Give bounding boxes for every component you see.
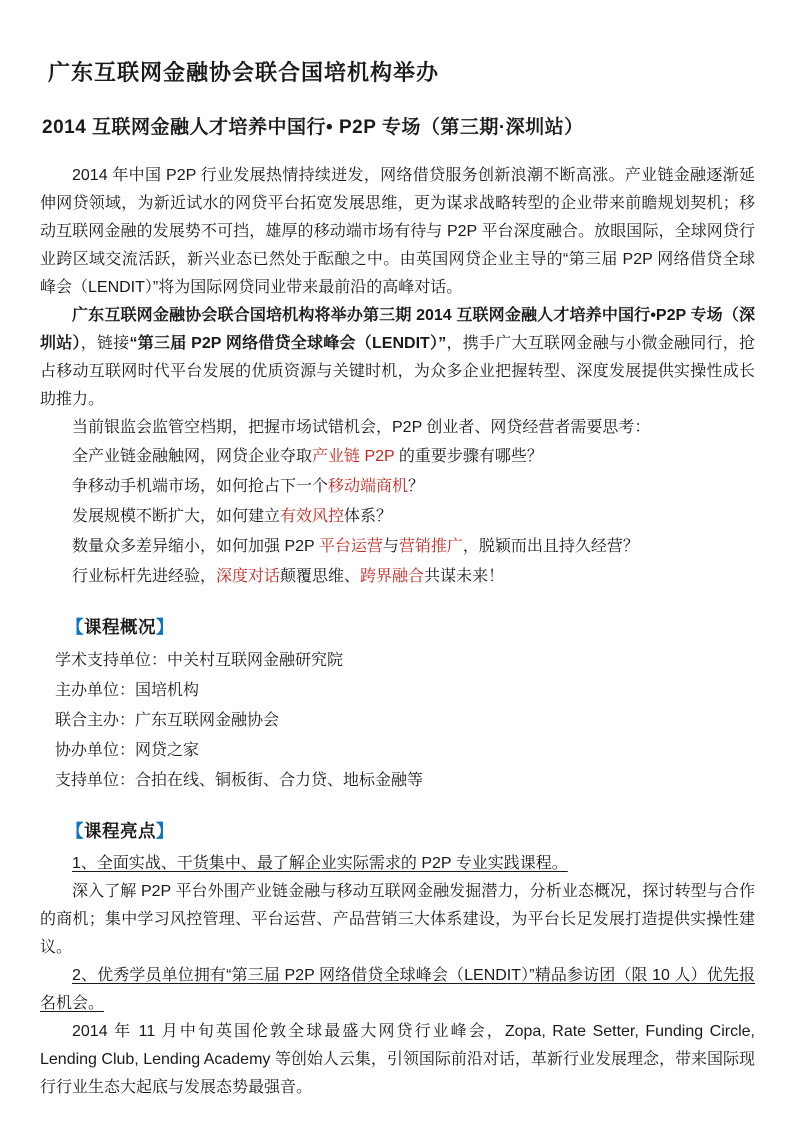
text-run-red: 平台运营 xyxy=(319,538,383,555)
text-run: 共谋未来！ xyxy=(424,568,504,585)
highlight-paragraph: 深入了解 P2P 平台外围产业链金融与移动互联网金融发掘潜力，分析业态概况，探讨… xyxy=(40,878,755,962)
text-run: ，链接 xyxy=(81,335,130,352)
text-run: 2014 年 11 月中旬英国伦敦全球最盛大网贷行业峰会，Zopa, Rate … xyxy=(40,1023,755,1096)
text-run-red: 移动端商机 xyxy=(328,478,408,495)
text-run: 深入了解 P2P 平台外围产业链金融与移动互联网金融发掘潜力，分析业态概况，探讨… xyxy=(40,883,755,956)
text-run: 的重要步骤有哪些？ xyxy=(394,448,542,465)
doc-title: 广东互联网金融协会联合国培机构举办 xyxy=(48,58,755,88)
left-bracket: 【 xyxy=(66,821,84,841)
intro-section: 2014 年中国 P2P 行业发展热情持续迸发，网络借贷服务创新浪潮不断高涨。产… xyxy=(40,162,755,442)
text-run: ？ xyxy=(408,478,424,495)
overview-item: 支持单位：合拍在线、铜板街、合力贷、地标金融等 xyxy=(55,766,755,796)
text-run: 2、优秀学员单位拥有“第三届 P2P 网络借贷全球峰会（LENDIT）”精品参访… xyxy=(40,967,755,1012)
text-run: 体系？ xyxy=(344,508,392,525)
text-run: ，脱颖而出且持久经营？ xyxy=(463,538,639,555)
question-item: 全产业链金融触网，网贷企业夺取产业链 P2P 的重要步骤有哪些？ xyxy=(40,442,755,472)
course-overview-list: 学术支持单位：中关村互联网金融研究院主办单位：国培机构联合主办：广东互联网金融协… xyxy=(40,646,755,796)
intro-paragraph: 当前银监会监管空档期，把握市场试错机会，P2P 创业者、网贷经营者需要思考： xyxy=(40,414,755,442)
overview-item: 学术支持单位：中关村互联网金融研究院 xyxy=(55,646,755,676)
right-bracket: 】 xyxy=(156,617,174,637)
question-item: 发展规模不断扩大，如何建立有效风控体系？ xyxy=(40,502,755,532)
section-heading-course-overview: 【课程概况】 xyxy=(66,614,755,640)
section-label-course-overview: 课程概况 xyxy=(84,617,156,637)
text-run: 数量众多差异缩小，如何加强 P2P xyxy=(72,538,319,555)
text-run-red: 深度对话 xyxy=(216,568,280,585)
question-item: 数量众多差异缩小，如何加强 P2P 平台运营与营销推广，脱颖而出且持久经营？ xyxy=(40,532,755,562)
text-run-red: 跨界融合 xyxy=(360,568,424,585)
highlight-paragraph: 2014 年 11 月中旬英国伦敦全球最盛大网贷行业峰会，Zopa, Rate … xyxy=(40,1018,755,1102)
question-item: 行业标杆先进经验，深度对话颠覆思维、跨界融合共谋未来！ xyxy=(40,562,755,592)
text-run: 当前银监会监管空档期，把握市场试错机会，P2P 创业者、网贷经营者需要思考： xyxy=(72,419,650,436)
text-run: 2014 年中国 P2P 行业发展热情持续迸发，网络借贷服务创新浪潮不断高涨。产… xyxy=(40,167,755,296)
highlight-paragraph: 2、优秀学员单位拥有“第三届 P2P 网络借贷全球峰会（LENDIT）”精品参访… xyxy=(40,962,755,1018)
course-highlights-section: 1、全面实战、干货集中、最了解企业实际需求的 P2P 专业实践课程。深入了解 P… xyxy=(40,850,755,1102)
section-heading-course-highlights: 【课程亮点】 xyxy=(66,818,755,844)
intro-paragraph: 2014 年中国 P2P 行业发展热情持续迸发，网络借贷服务创新浪潮不断高涨。产… xyxy=(40,162,755,302)
right-bracket: 】 xyxy=(156,821,174,841)
text-run-red: 营销推广 xyxy=(399,538,463,555)
document-page: 广东互联网金融协会联合国培机构举办 2014 互联网金融人才培养中国行• P2P… xyxy=(0,0,793,1122)
overview-item: 协办单位：网贷之家 xyxy=(55,736,755,766)
left-bracket: 【 xyxy=(66,617,84,637)
overview-item: 主办单位：国培机构 xyxy=(55,676,755,706)
question-item: 争移动手机端市场，如何抢占下一个移动端商机？ xyxy=(40,472,755,502)
highlight-paragraph: 1、全面实战、干货集中、最了解企业实际需求的 P2P 专业实践课程。 xyxy=(40,850,755,878)
text-run: 与 xyxy=(383,538,399,555)
text-run: 1、全面实战、干货集中、最了解企业实际需求的 P2P 专业实践课程。 xyxy=(72,855,568,872)
text-run: 发展规模不断扩大，如何建立 xyxy=(72,508,280,525)
section-label-course-highlights: 课程亮点 xyxy=(84,821,156,841)
text-run: 争移动手机端市场，如何抢占下一个 xyxy=(72,478,328,495)
questions-list: 全产业链金融触网，网贷企业夺取产业链 P2P 的重要步骤有哪些？争移动手机端市场… xyxy=(40,442,755,592)
text-run: 全产业链金融触网，网贷企业夺取 xyxy=(72,448,312,465)
text-run: 颠覆思维、 xyxy=(280,568,360,585)
text-run-bold: “第三届 P2P 网络借贷全球峰会（LENDIT）” xyxy=(130,335,447,352)
intro-paragraph: 广东互联网金融协会联合国培机构将举办第三期 2014 互联网金融人才培养中国行•… xyxy=(40,302,755,414)
doc-subtitle: 2014 互联网金融人才培养中国行• P2P 专场（第三期·深圳站） xyxy=(42,114,755,142)
overview-item: 联合主办：广东互联网金融协会 xyxy=(55,706,755,736)
text-run-red: 产业链 P2P xyxy=(312,448,394,465)
text-run-red: 有效风控 xyxy=(280,508,344,525)
text-run: 行业标杆先进经验， xyxy=(72,568,216,585)
